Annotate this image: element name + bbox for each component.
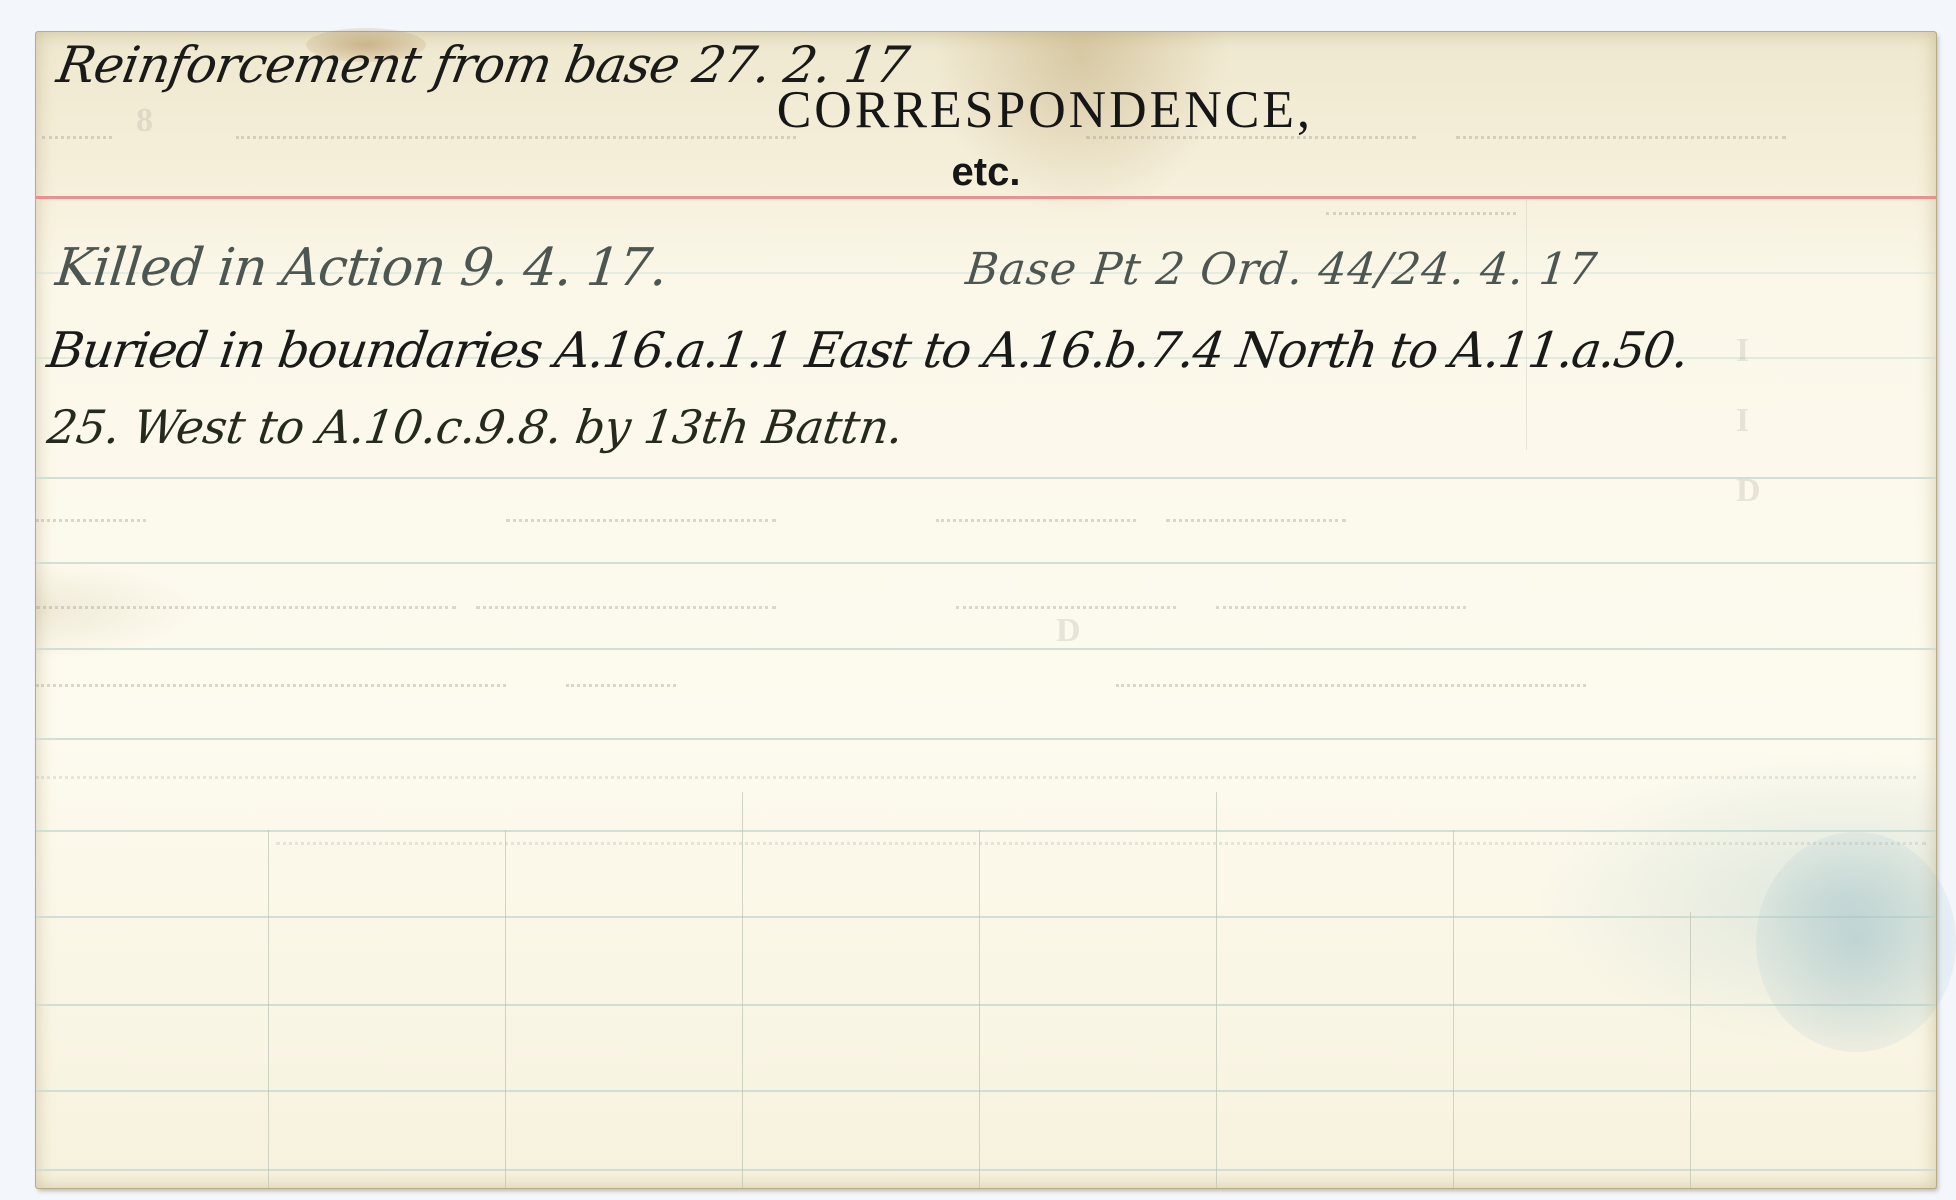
handwritten-burial-line-2: 25. West to A.10.c.9.8. by 13th Battn. (44, 400, 906, 454)
dotted-guide-c (936, 519, 1136, 522)
dotted-guide-i (36, 684, 506, 687)
handwritten-reinforcement-note: Reinforcement from base 27. 2. 17 (53, 36, 912, 94)
dotted-guide-j (566, 684, 676, 687)
ruled-line-11 (36, 1169, 1936, 1171)
show-through-letter-3: D (1736, 472, 1761, 510)
grid-column-divider-5 (1216, 792, 1217, 1188)
grid-column-divider-7 (1690, 912, 1691, 1188)
ruled-line-6 (36, 738, 1936, 740)
dotted-guide-d (1166, 519, 1346, 522)
dotted-guide-b (506, 519, 776, 522)
grid-column-divider-3 (742, 792, 743, 1188)
grid-column-divider-6 (1453, 830, 1454, 1188)
dotted-guide-l (36, 776, 1916, 779)
ruled-line-9 (36, 1004, 1936, 1006)
grid-column-divider-2 (505, 830, 506, 1188)
ruled-line-8 (36, 916, 1936, 918)
ruled-line-3 (36, 477, 1936, 479)
printed-subtitle: etc. (36, 150, 1936, 195)
handwritten-killed-in-action: Killed in Action 9. 4. 17. (53, 238, 670, 298)
show-through-letter-1: I (1736, 332, 1749, 370)
handwritten-burial-line-1: Buried in boundaries A.16.a.1.1 East to … (44, 322, 1691, 379)
show-through-letter-2: I (1736, 402, 1749, 440)
ruled-line-4 (36, 562, 1936, 564)
red-header-rule (36, 196, 1936, 199)
dotted-guide-f (476, 606, 776, 609)
blue-smudge-right (1756, 832, 1956, 1052)
dotted-guide-a (36, 519, 146, 522)
ruled-line-10 (36, 1090, 1936, 1092)
grid-column-divider-1 (268, 830, 269, 1188)
dotted-guide-m (276, 842, 1926, 845)
dotted-guide-g (956, 606, 1176, 609)
dotted-guide-h (1216, 606, 1466, 609)
ruled-line-5 (36, 648, 1936, 650)
grid-column-divider-4 (979, 830, 980, 1188)
ruled-line-7 (36, 830, 1936, 832)
dotted-guide-e (36, 606, 456, 609)
dotted-guide-row1 (1326, 212, 1516, 215)
record-card: I I D D 8 CORRESPONDENCE, etc. Reinforce… (36, 32, 1936, 1188)
show-through-letter-4: D (1056, 612, 1081, 650)
dotted-guide-k (1116, 684, 1586, 687)
handwritten-base-order: Base Pt 2 Ord. 44/24. 4. 17 (963, 244, 1600, 295)
